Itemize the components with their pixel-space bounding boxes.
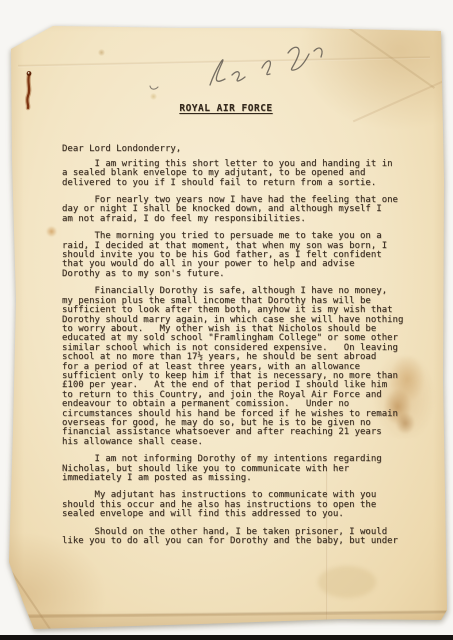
paragraph: Should on the other hand, I be taken pri…: [62, 528, 420, 547]
scanned-letter-page: ROYAL AIR FORCE Dear Lord Londonderry, I…: [0, 0, 453, 640]
paragraph: My adjutant has instructions to communic…: [62, 491, 420, 519]
paragraph: For nearly two years now I have had the …: [62, 196, 420, 224]
paper-stain: [98, 49, 105, 56]
paper-fold-shading: [0, 614, 453, 632]
letter-title: ROYAL AIR FORCE: [62, 104, 390, 113]
paragraph: I am writing this short letter to you an…: [62, 160, 420, 188]
scanner-edge-strip: [0, 635, 453, 640]
pencil-tick-icon: [148, 83, 160, 93]
paper-stain: [150, 93, 157, 100]
paper-fold-line: [0, 610, 453, 619]
rust-pin-mark-icon: [23, 69, 37, 113]
handwritten-scribble-icon: [192, 40, 342, 95]
letter-body: ROYAL AIR FORCE Dear Lord Londonderry, I…: [62, 104, 420, 554]
paper-shadow-wrap: ROYAL AIR FORCE Dear Lord Londonderry, I…: [0, 0, 453, 640]
salutation: Dear Lord Londonderry,: [62, 145, 420, 154]
paragraph: The morning you tried to persuade me to …: [62, 232, 420, 279]
paper-crease: [0, 548, 59, 640]
paragraph: I am not informing Dorothy of my intenti…: [62, 455, 420, 483]
paper-stain: [46, 226, 57, 237]
paragraph: Financially Dorothy is safe, although I …: [62, 287, 420, 447]
letter-paper: ROYAL AIR FORCE Dear Lord Londonderry, I…: [0, 0, 453, 640]
paper-stain: [318, 566, 376, 598]
